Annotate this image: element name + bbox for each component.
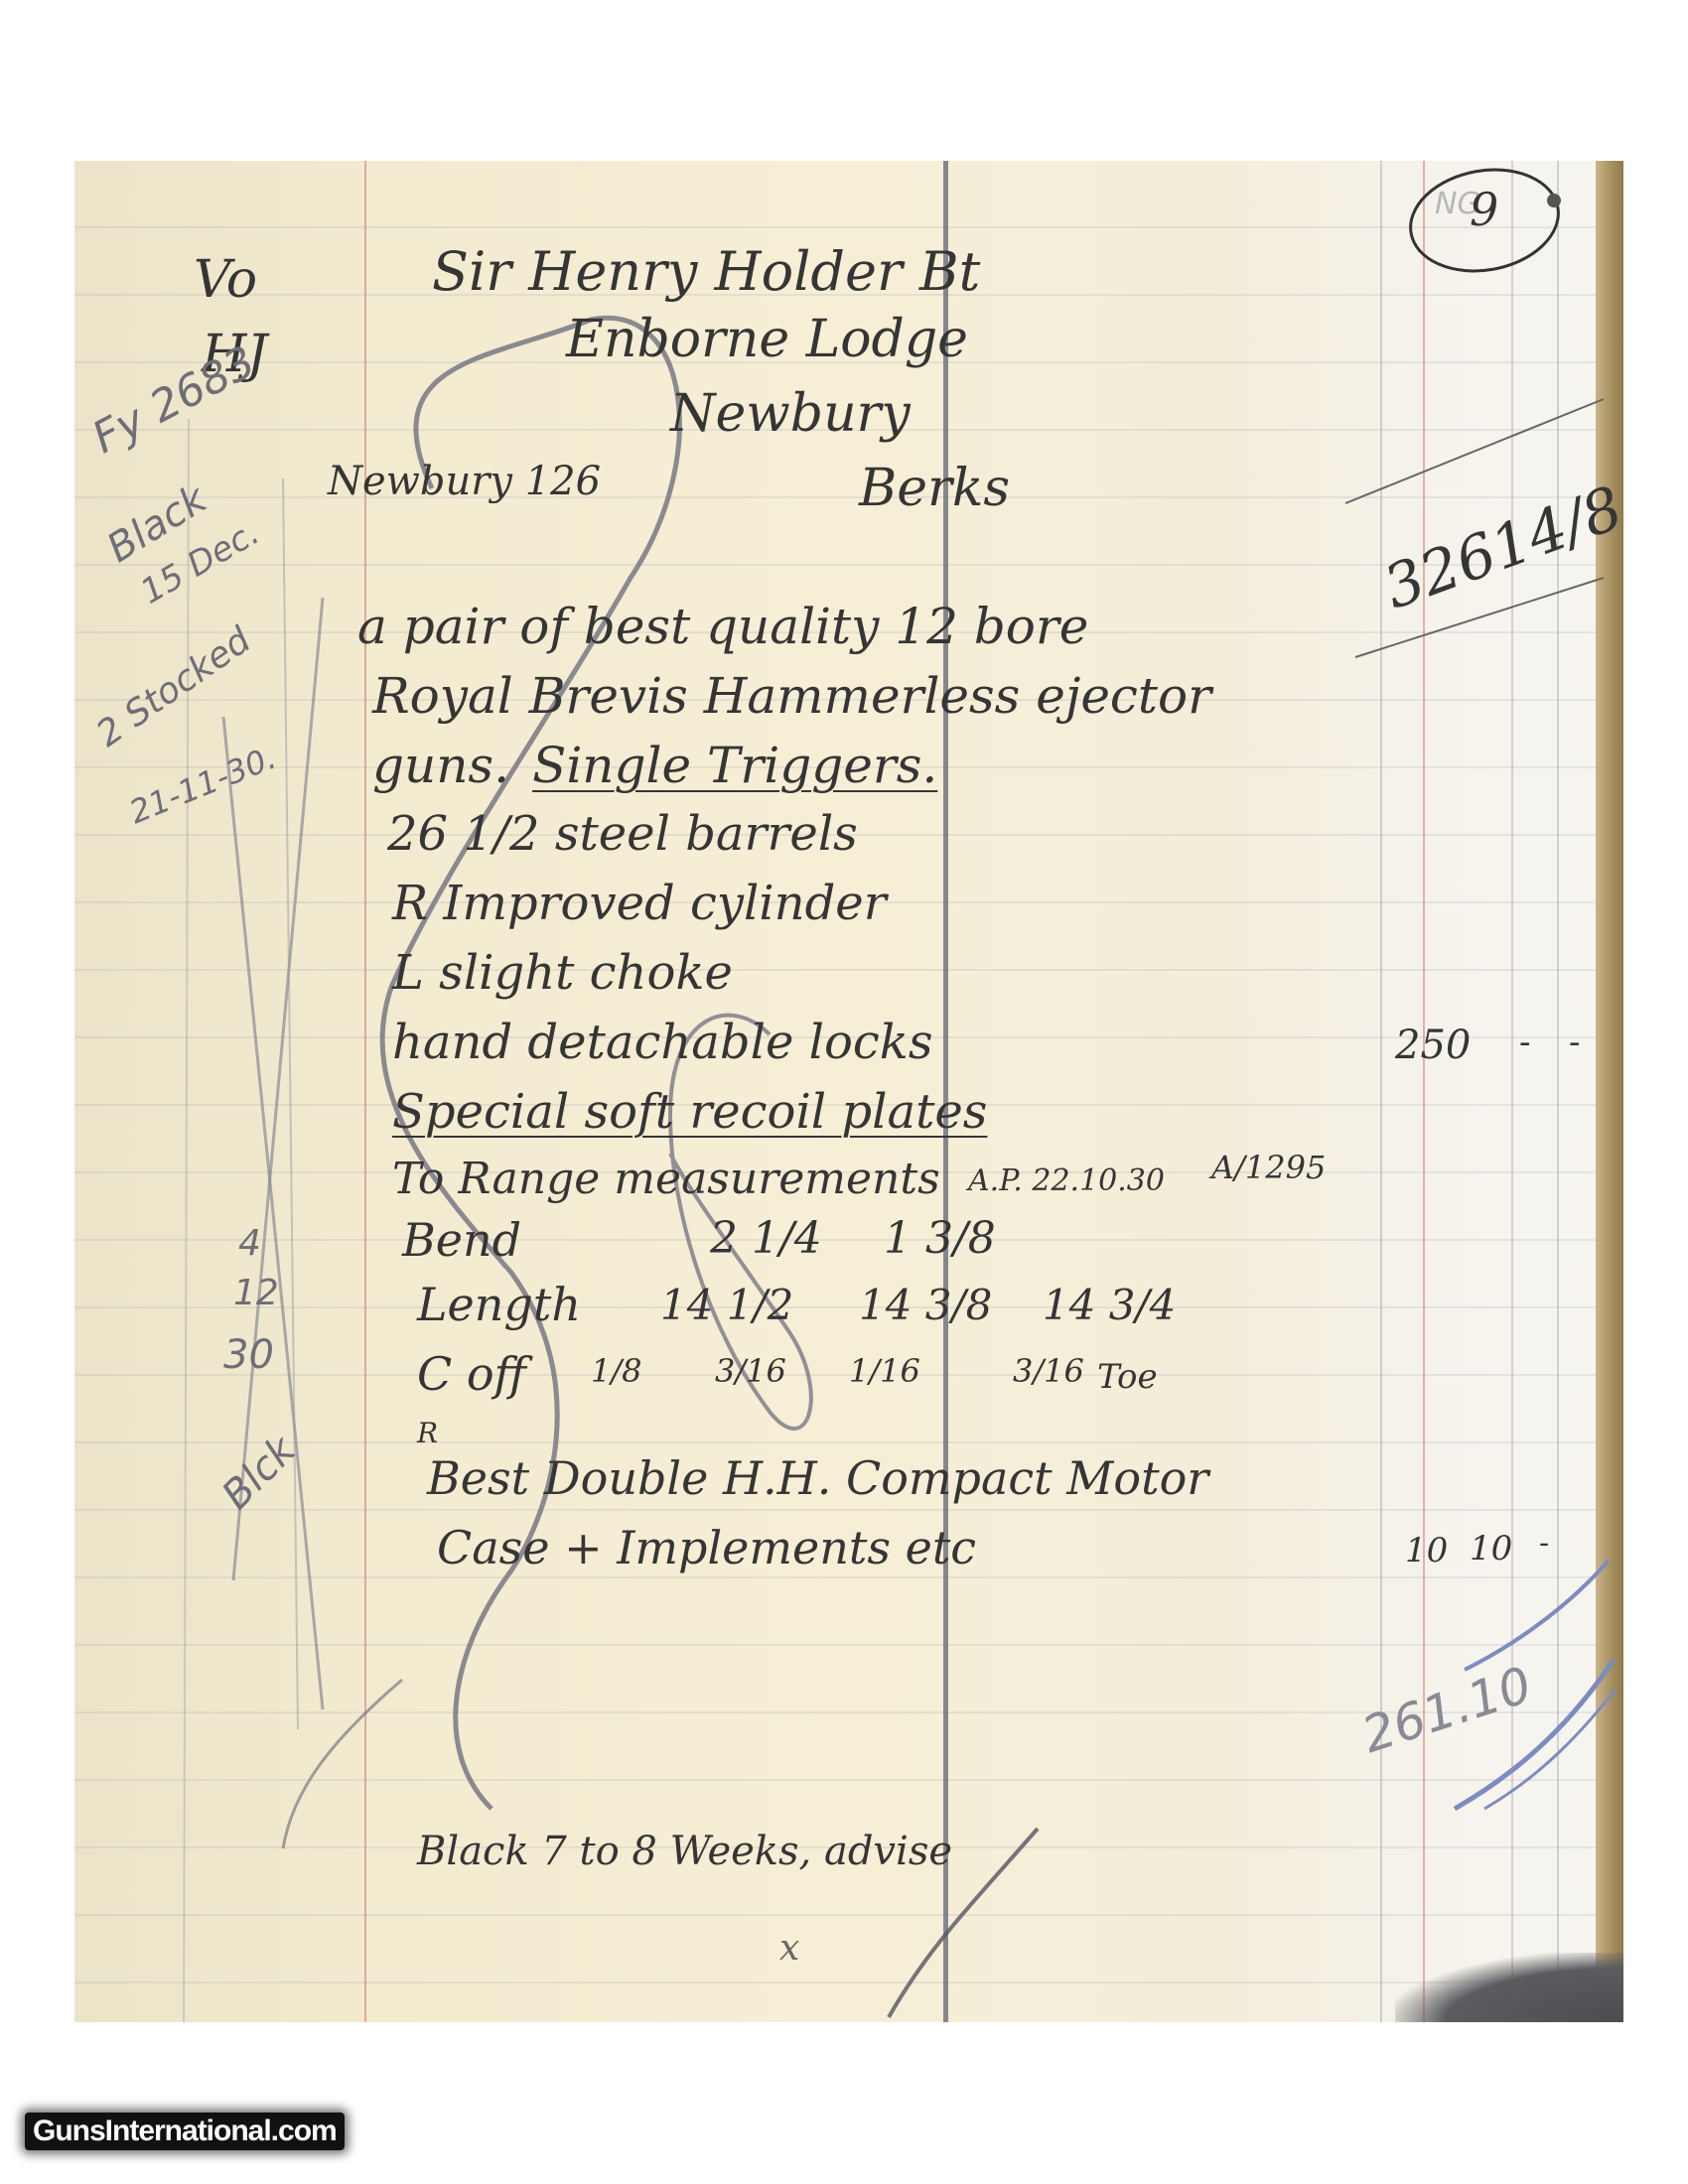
- guns-amount-pence: -: [1569, 1023, 1581, 1062]
- site-watermark-logo: GunsInternational.com: [25, 2113, 345, 2150]
- castoff-value-2: 3/16: [715, 1352, 786, 1390]
- order-line-left-choke: L slight choke: [392, 945, 733, 1001]
- order-line-locks: hand detachable locks: [392, 1015, 932, 1070]
- order-line-1: a pair of best quality 12 bore: [357, 598, 1088, 655]
- bend-value-2: 1 3/8: [884, 1213, 996, 1264]
- guns-amount-shillings: -: [1519, 1023, 1531, 1062]
- ledger-page: NG 9 Vo HJ Fy 2683 Black 15 Dec. 2 Stock…: [74, 161, 1623, 2022]
- order-line-2: Royal Brevis Hammerless ejector: [372, 667, 1211, 725]
- order-line-right-choke: R Improved cylinder: [392, 876, 887, 931]
- order-line-3-triggers: Single Triggers.: [532, 737, 937, 794]
- margin-date-year: 30: [223, 1332, 274, 1378]
- margin-date-day: 4: [238, 1223, 261, 1264]
- castoff-label: C off: [417, 1347, 526, 1401]
- order-line-ap-date: A.P. 22.10.30: [968, 1163, 1165, 1198]
- order-line-3-guns: guns.: [372, 737, 509, 794]
- length-value-3: 14 3/4: [1043, 1281, 1176, 1329]
- guns-amount-pounds: 250: [1395, 1023, 1471, 1068]
- bend-value-1: 2 1/4: [710, 1213, 822, 1264]
- order-line-ref: A/1295: [1211, 1149, 1326, 1186]
- castoff-value-3: 1/16: [849, 1352, 920, 1390]
- castoff-value-4: 3/16: [1013, 1352, 1084, 1390]
- margin-initials-vo: Vo: [194, 250, 257, 310]
- length-value-2: 14 3/8: [859, 1281, 992, 1329]
- circled-page-number: 9: [1470, 183, 1498, 236]
- case-amount-shillings: 10: [1470, 1529, 1512, 1569]
- case-amount-pence: -: [1539, 1526, 1549, 1561]
- telephone-number: Newbury 126: [328, 459, 601, 504]
- case-amount-pounds: 10: [1405, 1531, 1448, 1570]
- castoff-value-1: 1/8: [591, 1352, 642, 1390]
- order-line-range-measurements: To Range measurements: [392, 1154, 940, 1204]
- order-line-3: guns. Single Triggers.: [372, 737, 937, 794]
- length-value-1: 14 1/2: [660, 1281, 793, 1329]
- address-line-1: Enborne Lodge: [566, 310, 968, 369]
- address-line-2: Newbury: [670, 384, 911, 444]
- toe-label: Toe: [1097, 1357, 1158, 1397]
- customer-name: Sir Henry Holder Bt: [432, 240, 980, 303]
- footer-delivery-note: Black 7 to 8 Weeks, advise: [417, 1829, 952, 1874]
- order-line-barrels: 26 1/2 steel barrels: [387, 806, 858, 862]
- bend-label: Bend: [402, 1213, 521, 1267]
- case-line-2: Case + Implements etc: [437, 1521, 976, 1574]
- footer-x-mark: x: [779, 1928, 799, 1969]
- length-label: Length: [417, 1278, 581, 1331]
- case-line-1: Best Double H.H. Compact Motor: [427, 1451, 1208, 1505]
- order-line-recoil-plates: Special soft recoil plates: [392, 1084, 987, 1140]
- margin-date-month: 12: [233, 1273, 279, 1313]
- case-mark: R: [417, 1417, 438, 1449]
- address-county: Berks: [859, 459, 1010, 518]
